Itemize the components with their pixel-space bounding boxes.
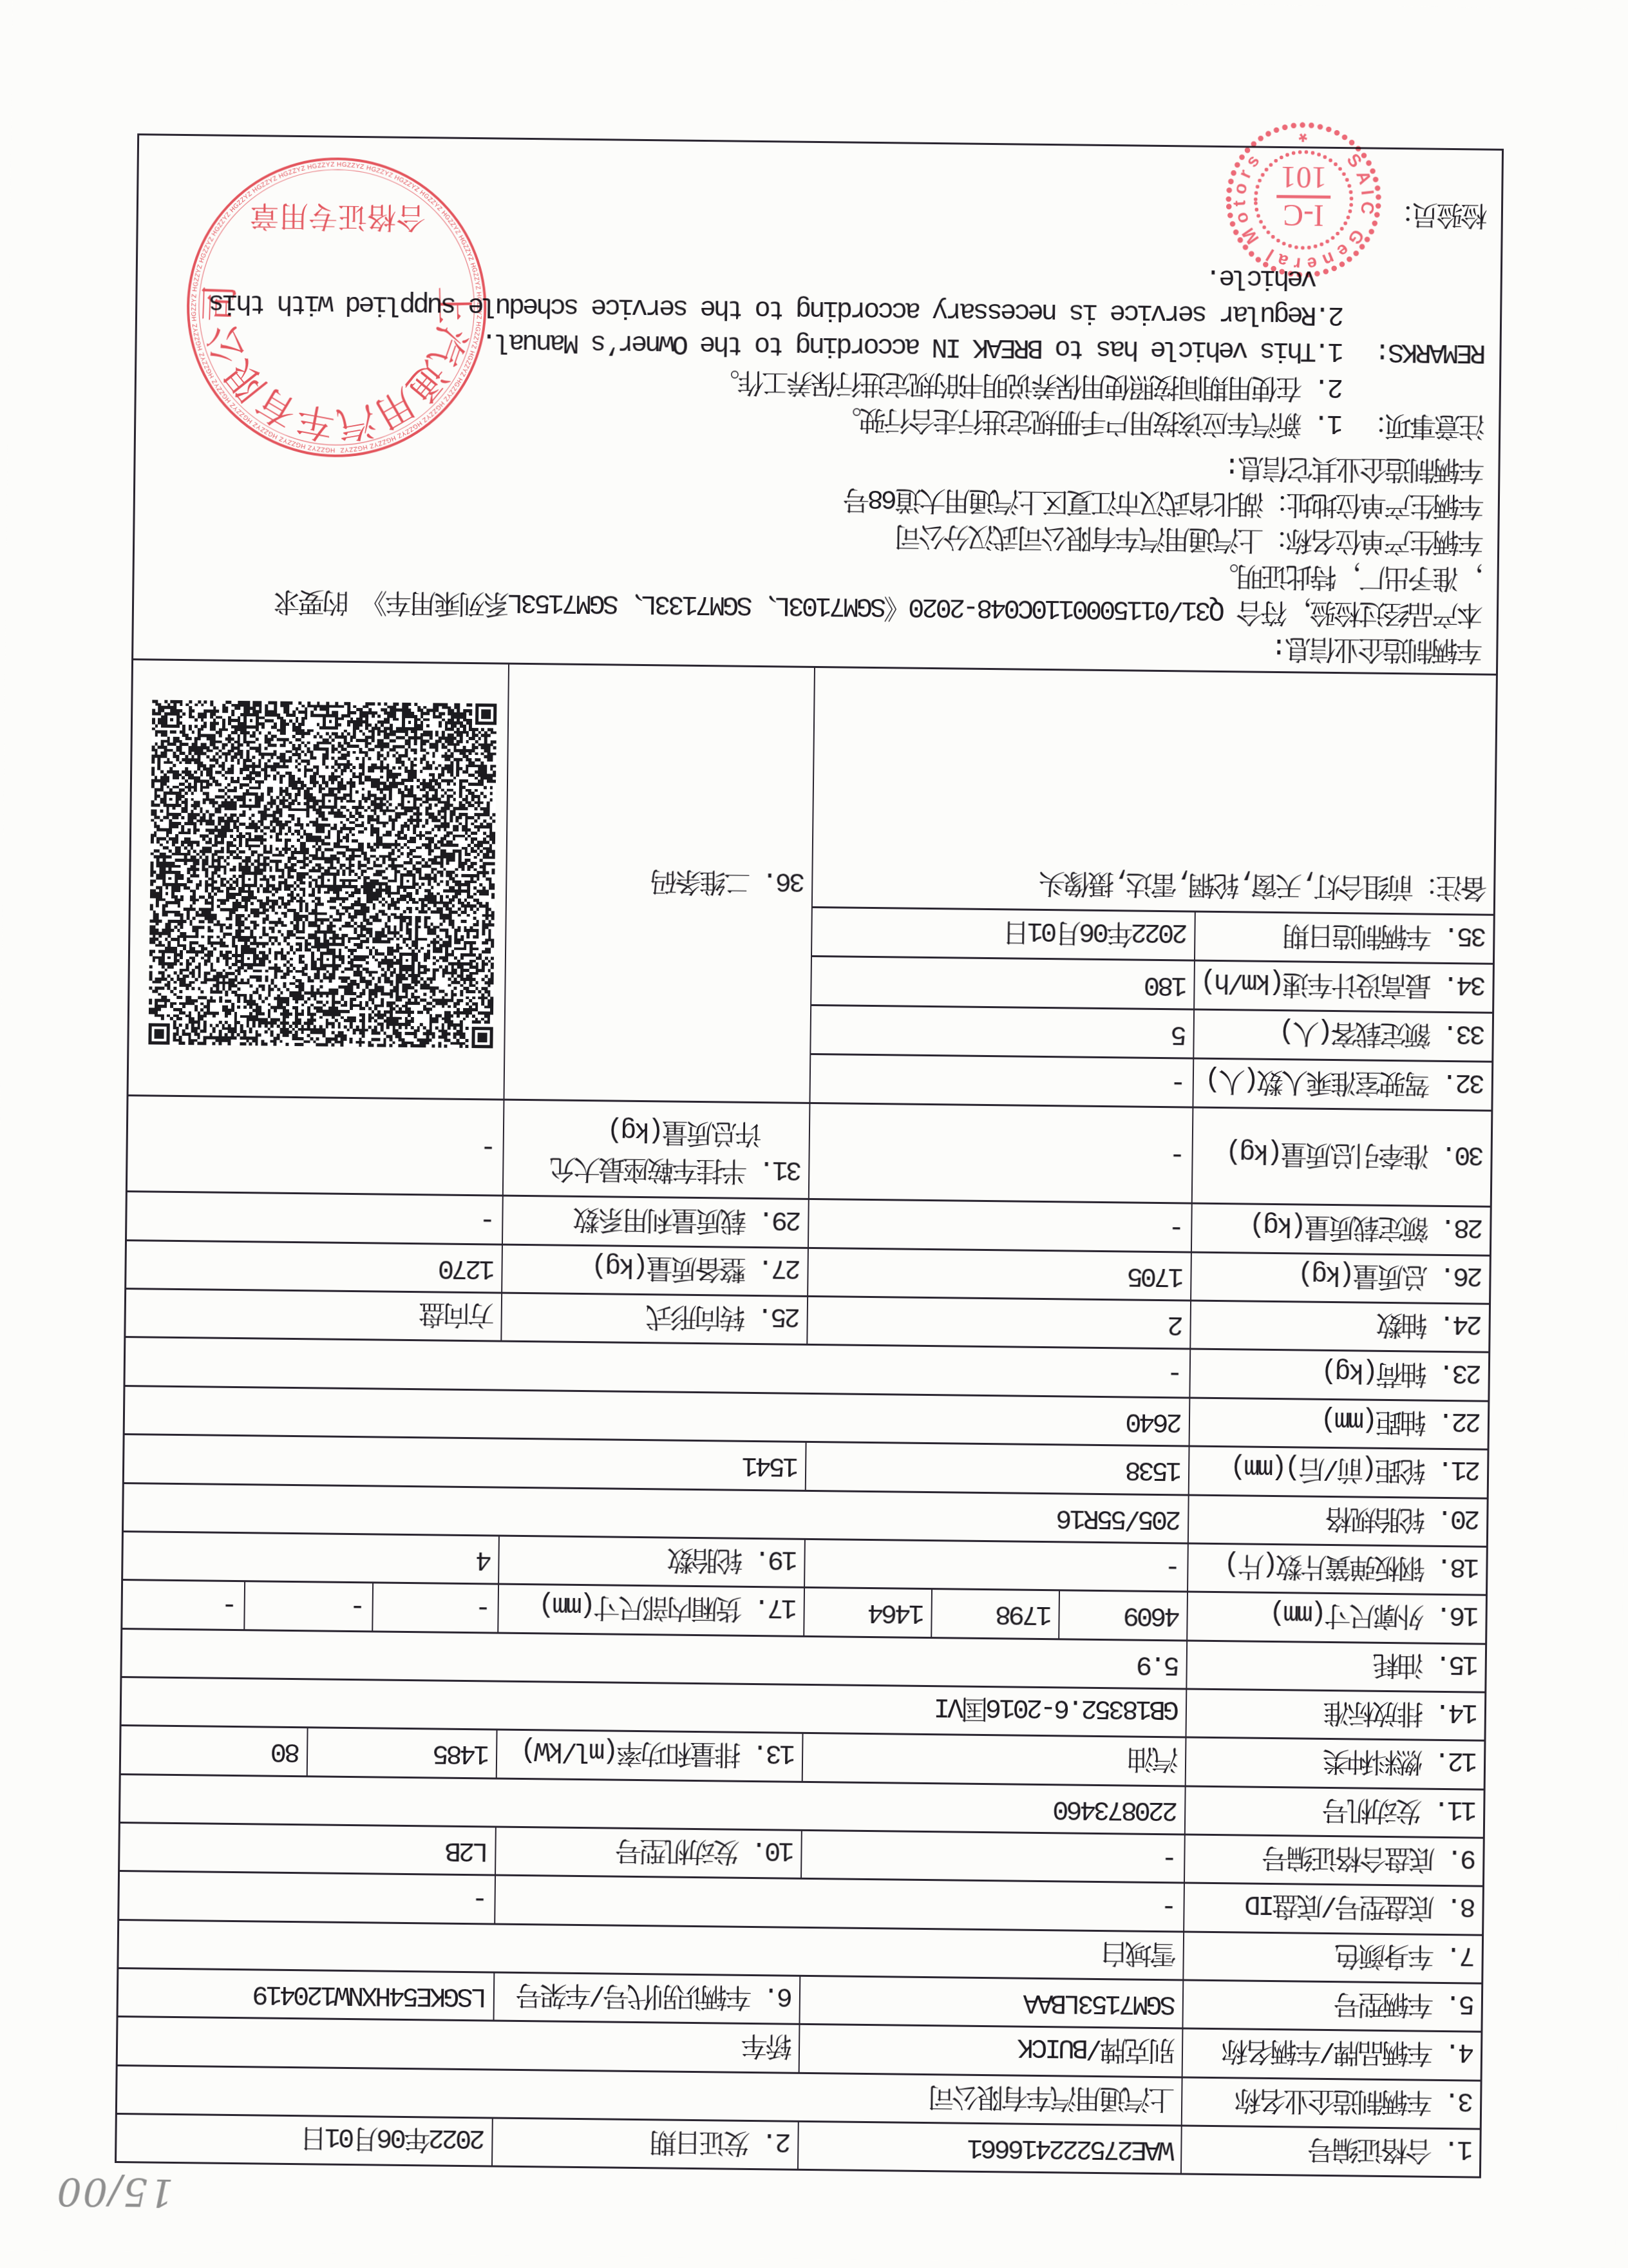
label-wheelbase: 22. 轴距(mm) bbox=[1190, 1398, 1488, 1448]
label-emission-standard: 14. 排放标准 bbox=[1187, 1690, 1485, 1739]
label-body-color: 7. 车身颜色 bbox=[1184, 1932, 1482, 1982]
label-towing-mass: 30. 准牵引总质量(kg) bbox=[1193, 1109, 1491, 1206]
label-fuel-consumption: 15. 油耗 bbox=[1187, 1641, 1485, 1691]
seal-arc-text: 上汽通用汽车有限公司 bbox=[196, 283, 476, 449]
remarks-cell: 备注：前组合灯,天窗,轮辋,雷达,摄像头 bbox=[813, 668, 1496, 916]
label-saddle-mass: 31. 半挂车鞍座最大允 许总质量(kg) bbox=[504, 1101, 811, 1198]
label-max-speed: 34. 最高设计车速(km/h) bbox=[1195, 962, 1493, 1012]
label-issue-date: 2. 发证日期 bbox=[493, 2119, 799, 2169]
value-rated-passengers: 5 bbox=[811, 1006, 1195, 1058]
value-rated-load: - bbox=[809, 1200, 1193, 1251]
label-track: 21. 轮距(前/后)(mm) bbox=[1189, 1447, 1488, 1497]
value-vehicle-name: 轿车 bbox=[118, 2017, 800, 2072]
value-cab-seats: - bbox=[810, 1055, 1194, 1107]
value-vin: LSGKE54HXNW120419 bbox=[118, 1969, 495, 2020]
label-rated-passengers: 33. 额定载客(人) bbox=[1194, 1011, 1492, 1061]
lower-block: 32. 驾驶室准乘人数(人) - 33. 额定载客(人) 5 34. 最高设计车… bbox=[129, 661, 1496, 1112]
label-engine-model: 10. 发动机型号 bbox=[496, 1827, 802, 1878]
svg-text:上汽通用汽车有限公司: 上汽通用汽车有限公司 bbox=[196, 283, 476, 449]
label-manufacturer: 3. 车辆制造企业名称 bbox=[1182, 2078, 1481, 2128]
value-power: 80 bbox=[121, 1726, 308, 1775]
label-curb-mass: 27. 整备质量(kg) bbox=[502, 1245, 809, 1295]
label-gross-mass: 26. 总质量(kg) bbox=[1191, 1253, 1490, 1302]
label-vin: 6. 车辆识别代号/车架号 bbox=[495, 1974, 801, 2024]
value-cargo-length: - bbox=[373, 1584, 499, 1632]
value-load-utilization: - bbox=[127, 1193, 504, 1244]
label-leaf-springs: 18. 钢板弹簧片数(片) bbox=[1188, 1544, 1486, 1594]
label-chassis-cert-no: 9. 底盘合格证编号 bbox=[1185, 1835, 1483, 1885]
label-brand-name: 4. 车辆品牌/车辆名称 bbox=[1183, 2030, 1481, 2079]
value-model: SGM7153LBAA bbox=[800, 1977, 1184, 2028]
label-cargo-dimensions: 17. 货厢内部尺寸(mm) bbox=[498, 1585, 805, 1635]
barcode-cell bbox=[129, 661, 509, 1099]
inspector-label: 检验员： bbox=[1390, 195, 1488, 232]
label-displacement-power: 13. 排量和功率(ml/kW) bbox=[497, 1731, 804, 1781]
row-towing: 30. 准牵引总质量(kg) - 31. 半挂车鞍座最大允 许总质量(kg) - bbox=[128, 1097, 1491, 1208]
value-chassis-cert-no: - bbox=[802, 1831, 1186, 1882]
handwritten-note: 15/00 bbox=[55, 2168, 174, 2215]
company-seal-stamp: HGZZYZ HGZZYZ HGZZYZ HGZZYZ HGZZYZ HGZZY… bbox=[182, 153, 491, 462]
value-track-front: 1538 bbox=[806, 1443, 1190, 1494]
label-steering: 25. 转向形式 bbox=[502, 1294, 808, 1344]
value-manufacture-date: 2022年06月01日 bbox=[812, 908, 1196, 960]
label-manufacture-date: 35. 车辆制造日期 bbox=[1195, 913, 1493, 963]
label-rated-load: 28. 额定载质量(kg) bbox=[1192, 1205, 1490, 1254]
value-tire-count: 4 bbox=[123, 1532, 500, 1583]
remarks-item-1: 1.This vehicle has to BREAK IN according… bbox=[483, 327, 1343, 367]
value-engine-model: L2B bbox=[120, 1824, 497, 1874]
value-saddle-mass: - bbox=[128, 1097, 505, 1196]
label-saddle-mass-line2: 许总质量(kg) bbox=[609, 1112, 802, 1151]
notice-label: 注意事项： bbox=[1343, 406, 1486, 443]
row-manufacture-date: 35. 车辆制造日期 2022年06月01日 bbox=[812, 908, 1493, 965]
inspector-code-top: I-C bbox=[1283, 198, 1324, 232]
label-cab-seats: 32. 驾驶室准乘人数(人) bbox=[1193, 1060, 1491, 1110]
value-brand: 别克牌/BUICK bbox=[800, 2025, 1184, 2076]
certificate-page: 15/00 1. 合格证编号 WAE275222416661 2. 发证日期 2… bbox=[0, 0, 1628, 2259]
inspector-code-divider bbox=[1276, 196, 1330, 197]
label-model: 5. 车辆型号 bbox=[1183, 1981, 1481, 2030]
label-chassis-model-id: 8. 底盘型号/底盘ID bbox=[1184, 1884, 1482, 1934]
label-axle-load: 23. 轴荷(kg) bbox=[1190, 1350, 1488, 1400]
value-leaf-springs: - bbox=[805, 1540, 1189, 1591]
qr-code bbox=[148, 700, 497, 1049]
row-rated-passengers: 33. 额定载客(人) 5 bbox=[811, 1006, 1492, 1063]
label-certificate-no: 1. 合格证编号 bbox=[1182, 2126, 1480, 2176]
value-issue-date: 2022年06月01日 bbox=[117, 2115, 493, 2166]
label-barcode: 36. 二维条码 bbox=[504, 665, 815, 1102]
value-height: 1464 bbox=[804, 1588, 932, 1637]
value-cargo-width: - bbox=[245, 1582, 374, 1630]
value-length: 4609 bbox=[1059, 1592, 1188, 1640]
row-cab-seats: 32. 驾驶室准乘人数(人) - bbox=[810, 1055, 1491, 1110]
value-towing-mass: - bbox=[809, 1104, 1194, 1203]
value-steering: 方向盘 bbox=[126, 1290, 502, 1340]
lower-left-column: 32. 驾驶室准乘人数(人) - 33. 额定载客(人) 5 34. 最高设计车… bbox=[810, 668, 1495, 1110]
value-axle-count: 2 bbox=[808, 1297, 1191, 1348]
label-load-utilization: 29. 载质量利用系数 bbox=[503, 1197, 809, 1247]
inspector-code-bottom: 101 bbox=[1281, 159, 1327, 193]
value-max-speed: 180 bbox=[811, 957, 1195, 1009]
star-icon: * bbox=[1298, 121, 1307, 146]
inspector-seal-stamp: SAIC General Motors * I-C 101 bbox=[1223, 119, 1385, 281]
value-chassis-model: - bbox=[495, 1876, 1185, 1930]
label-tire-spec: 20. 轮胎规格 bbox=[1189, 1496, 1487, 1545]
value-track-rear: 1541 bbox=[124, 1435, 807, 1489]
label-tire-count: 19. 轮胎数 bbox=[499, 1536, 806, 1587]
value-cargo-height: - bbox=[122, 1581, 245, 1628]
seal-center-text: 合格证专用章 bbox=[249, 198, 426, 234]
value-gross-mass: 1705 bbox=[808, 1249, 1192, 1300]
label-axle-count: 24. 轴数 bbox=[1191, 1302, 1489, 1351]
label-saddle-mass-line1: 31. 半挂车鞍座最大允 bbox=[551, 1148, 802, 1188]
row-max-speed: 34. 最高设计车速(km/h) 180 bbox=[811, 957, 1493, 1014]
value-certificate-no: WAE275222416661 bbox=[799, 2122, 1182, 2173]
value-chassis-id: - bbox=[119, 1872, 496, 1923]
notice-item-1: 1. 新汽车应该按用户手册规定进行走合行驶。 bbox=[837, 403, 1343, 439]
label-fuel-type: 12. 燃料种类 bbox=[1186, 1739, 1484, 1788]
value-displacement: 1485 bbox=[308, 1729, 498, 1778]
value-width: 1798 bbox=[932, 1590, 1060, 1638]
label-outer-dimensions: 16. 外廓尺寸(mm) bbox=[1188, 1593, 1486, 1643]
value-fuel-type: 汽油 bbox=[803, 1734, 1187, 1785]
remarks-label: REMARKS: bbox=[1343, 334, 1486, 371]
value-curb-mass: 1270 bbox=[126, 1241, 503, 1292]
label-engine-no: 11. 发动机号 bbox=[1186, 1787, 1484, 1836]
